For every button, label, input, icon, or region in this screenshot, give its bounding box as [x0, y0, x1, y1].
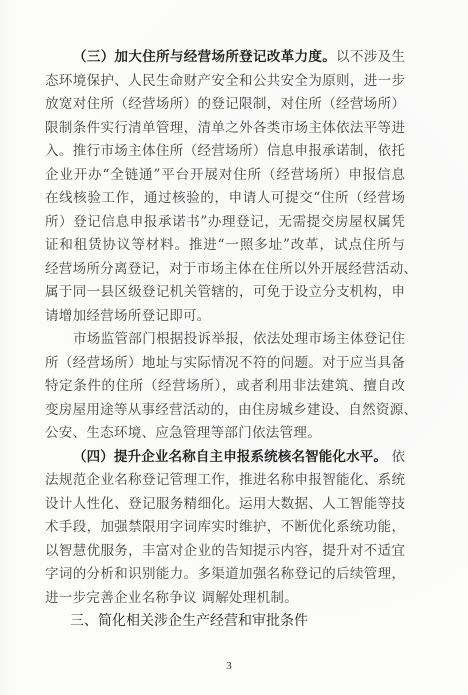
paragraph-line: 术手段，加强禁限用字词库实时维护，不断优化系统功能，	[45, 516, 405, 540]
paragraph-line: 字词的分析和识别能力。多渠道加强名称登记的后续管理，	[45, 563, 405, 587]
paragraph-line: 请增加经营场所登记即可。	[45, 305, 405, 329]
section-heading: 三、简化相关涉企生产经营和审批条件	[45, 610, 405, 634]
paragraph-line: 以智慧优服务，丰富对企业的告知提示内容，提升对不适宜	[45, 540, 405, 564]
subsection-title: （四）提升企业名称自主申报系统核名智能化水平。	[73, 449, 387, 465]
document-page: （三）加大住所与经营场所登记改革力度。以不涉及生 态环境保护、人民生命财产安全和…	[0, 0, 468, 695]
paragraph-address-registration-reform: （三）加大住所与经营场所登记改革力度。以不涉及生 态环境保护、人民生命财产安全和…	[45, 46, 405, 328]
paragraph-line: 放宽对住所（经营场所）的登记限制，对住所（经营场所）	[45, 93, 405, 117]
paragraph-line: 在线核验工作，通过核验的，申请人可提交“住所（经营场	[45, 187, 405, 211]
paragraph-line: 进一步完善企业名称争议 调解处理机制。	[45, 587, 405, 611]
paragraph-market-supervision: 市场监管部门根据投诉举报，依法处理市场主体登记住 所（经营场所）地址与实际情况不…	[45, 328, 405, 446]
paragraph-line: 企业开办“全链通”平台开展对住所（经营场所）申报信息	[45, 164, 405, 188]
page-number: 3	[219, 660, 239, 672]
paragraph-line: 证和租赁协议等材料。推进“一照多址”改革，试点住所与	[45, 234, 405, 258]
paragraph-line: 变房屋用途等从事经营活动的，由住房城乡建设、自然资源、	[45, 399, 417, 423]
paragraph-line: 市场监管部门根据投诉举报，依法处理市场主体登记住	[45, 328, 405, 352]
paragraph-line: 经营场所分离登记，对于市场主体在住所以外开展经营活动、	[45, 258, 417, 282]
paragraph-line: 限制条件实行清单管理，清单之外各类市场主体依法平等进	[45, 117, 405, 141]
paragraph-line: 设计人性化、登记服务精细化。运用大数据、人工智能等技	[45, 493, 405, 517]
paragraph-line: （四）提升企业名称自主申报系统核名智能化水平。 依	[45, 446, 405, 470]
paragraph-line: 入。推行市场主体住所（经营场所）信息申报承诺制，依托	[45, 140, 405, 164]
line-text: 依	[387, 449, 405, 465]
subsection-title: （三）加大住所与经营场所登记改革力度。	[73, 49, 336, 65]
paragraph-enterprise-name-system: （四）提升企业名称自主申报系统核名智能化水平。 依 法规范企业名称登记管理工作，…	[45, 446, 405, 611]
paragraph-line: 态环境保护、人民生命财产安全和公共安全为原则，进一步	[45, 70, 405, 94]
paragraph-line: 公安、生态环境、应急管理等部门依法管理。	[45, 422, 405, 446]
paragraph-line: 所（经营场所）地址与实际情况不符的问题。对于应当具备	[45, 352, 405, 376]
document-body: （三）加大住所与经营场所登记改革力度。以不涉及生 态环境保护、人民生命财产安全和…	[45, 46, 405, 634]
paragraph-line: 特定条件的住所（经营场所），或者利用非法建筑、擅自改	[45, 375, 405, 399]
paragraph-line: （三）加大住所与经营场所登记改革力度。以不涉及生	[45, 46, 405, 70]
paragraph-line: 属于同一县区级登记机关管辖的，可免于设立分支机构，申	[45, 281, 405, 305]
line-text: 以不涉及生	[336, 49, 405, 65]
paragraph-line: 所）登记信息申报承诺书”办理登记，无需提交房屋权属凭	[45, 211, 405, 235]
paragraph-line: 法规范企业名称登记管理工作，推进名称申报智能化、系统	[45, 469, 405, 493]
